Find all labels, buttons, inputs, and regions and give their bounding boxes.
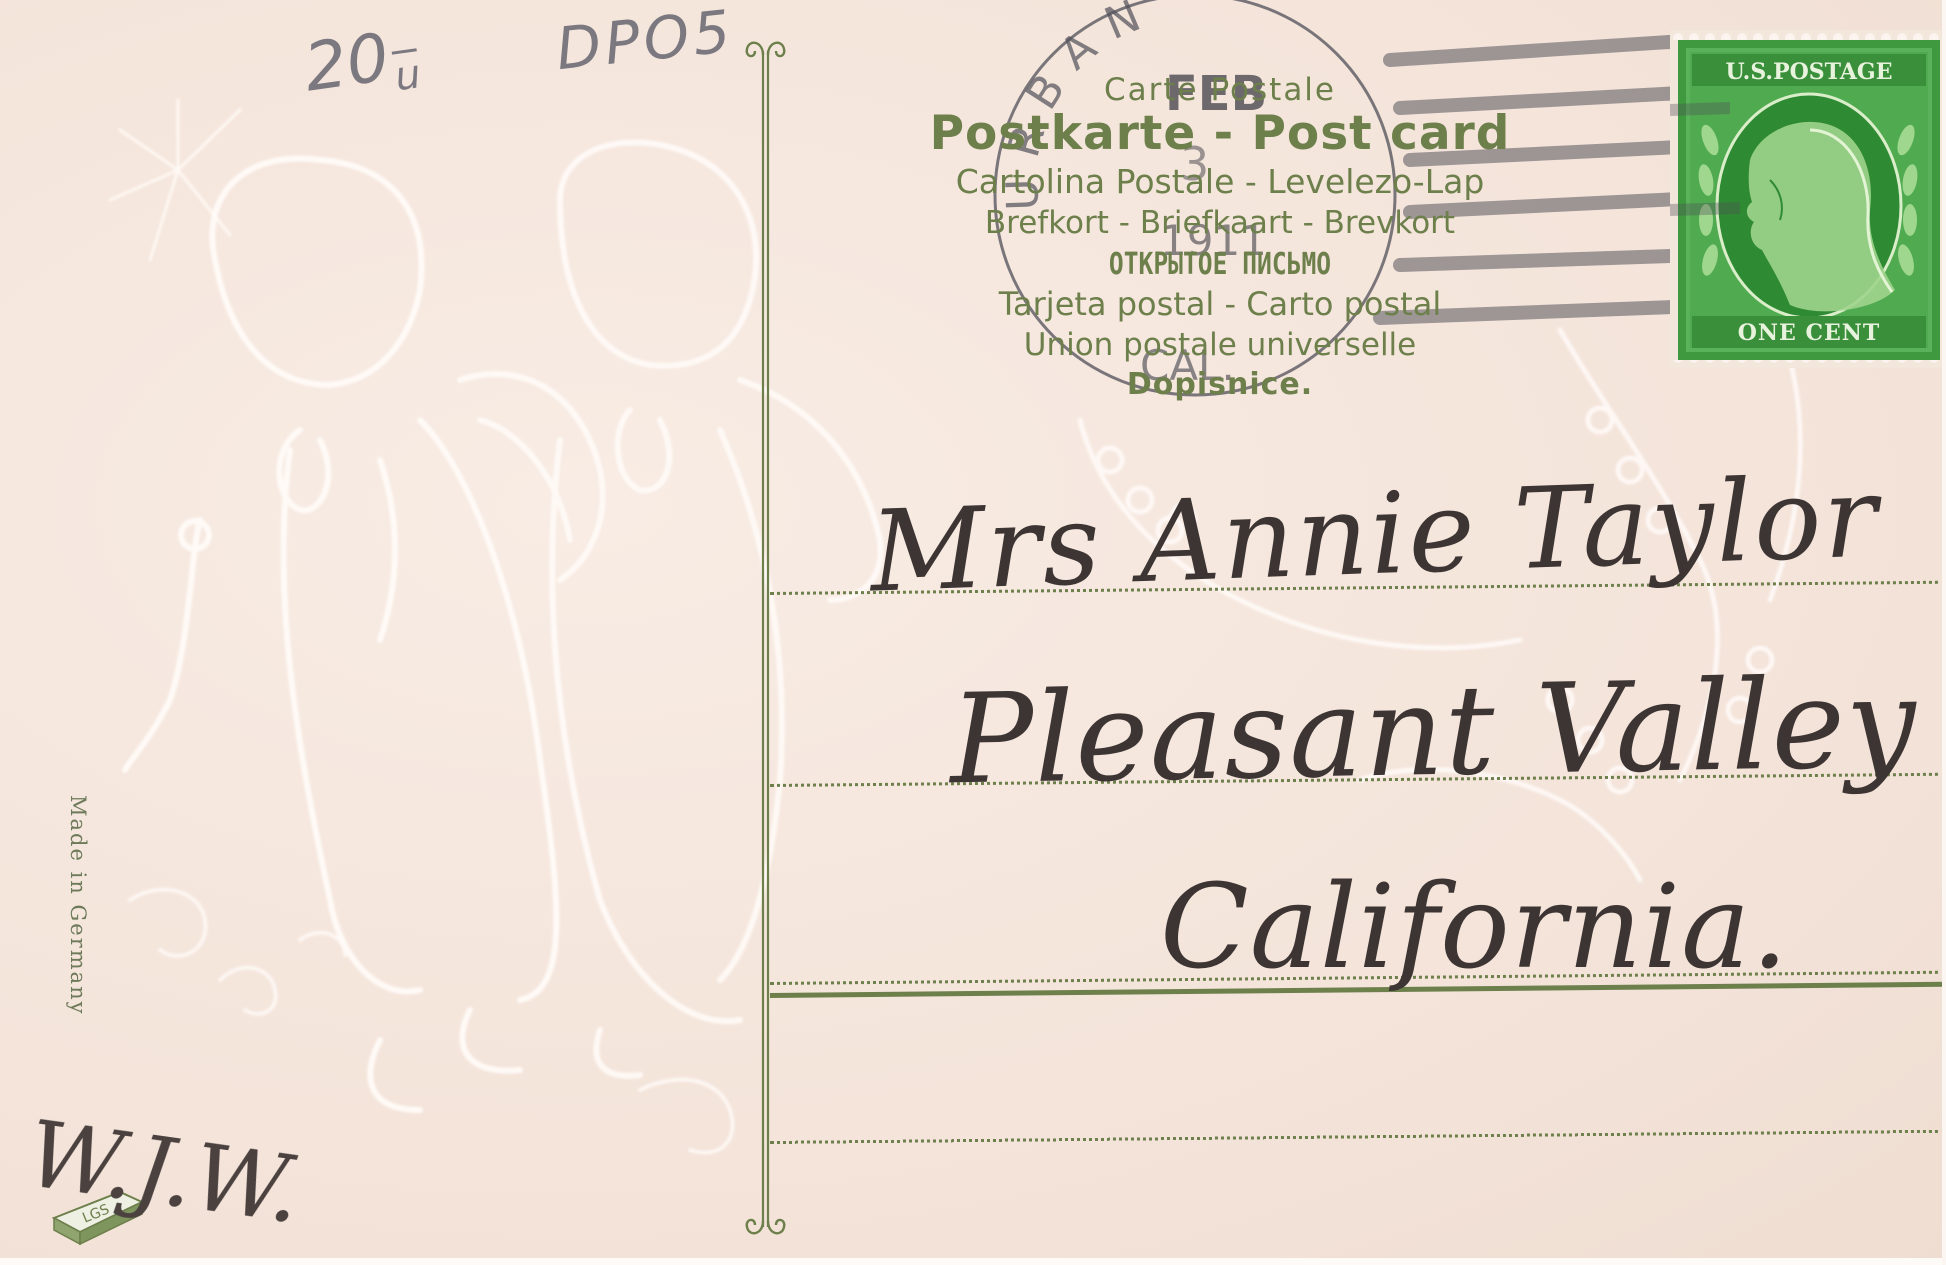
postage-stamp: U.S.POSTAGE ONE CENT (1670, 30, 1942, 368)
header-carte-postale: Carte Postale (840, 72, 1600, 108)
pencil-price: 20 (300, 19, 394, 107)
header-postkarte: Postkarte - Post card (840, 106, 1600, 161)
stamp-top-text: U.S.POSTAGE (1726, 59, 1893, 85)
header-brefkort: Brefkort - Briefkaart - Brevkort (840, 205, 1600, 241)
header-union-postale: Union postale universelle (840, 327, 1600, 363)
address-town: Pleasant Valley (949, 652, 1918, 813)
imprint-made-in-germany: Made in Germany (28, 795, 88, 1085)
card-right-edge (1942, 0, 1946, 1265)
imprint-text: Made in Germany (66, 795, 90, 1016)
vertical-divider (737, 30, 797, 1240)
header-dopisnice: Dopisnice. (840, 367, 1600, 402)
address-state: California. (1160, 860, 1789, 995)
header-cartolina: Cartolina Postale - Levelezo-Lap (840, 162, 1600, 201)
header-russian: ОТКРЫТОЕ ПИСЬМО (908, 247, 1531, 282)
pencil-price-note: 20u (300, 15, 424, 113)
postcard-back: URBAN FEB 3 1911 CAL. Carte Postale Post… (0, 0, 1946, 1265)
stamp-bottom-text: ONE CENT (1738, 320, 1880, 346)
header-tarjeta: Tarjeta postal - Carto postal (840, 285, 1600, 323)
card-bottom-edge (0, 1258, 1946, 1265)
